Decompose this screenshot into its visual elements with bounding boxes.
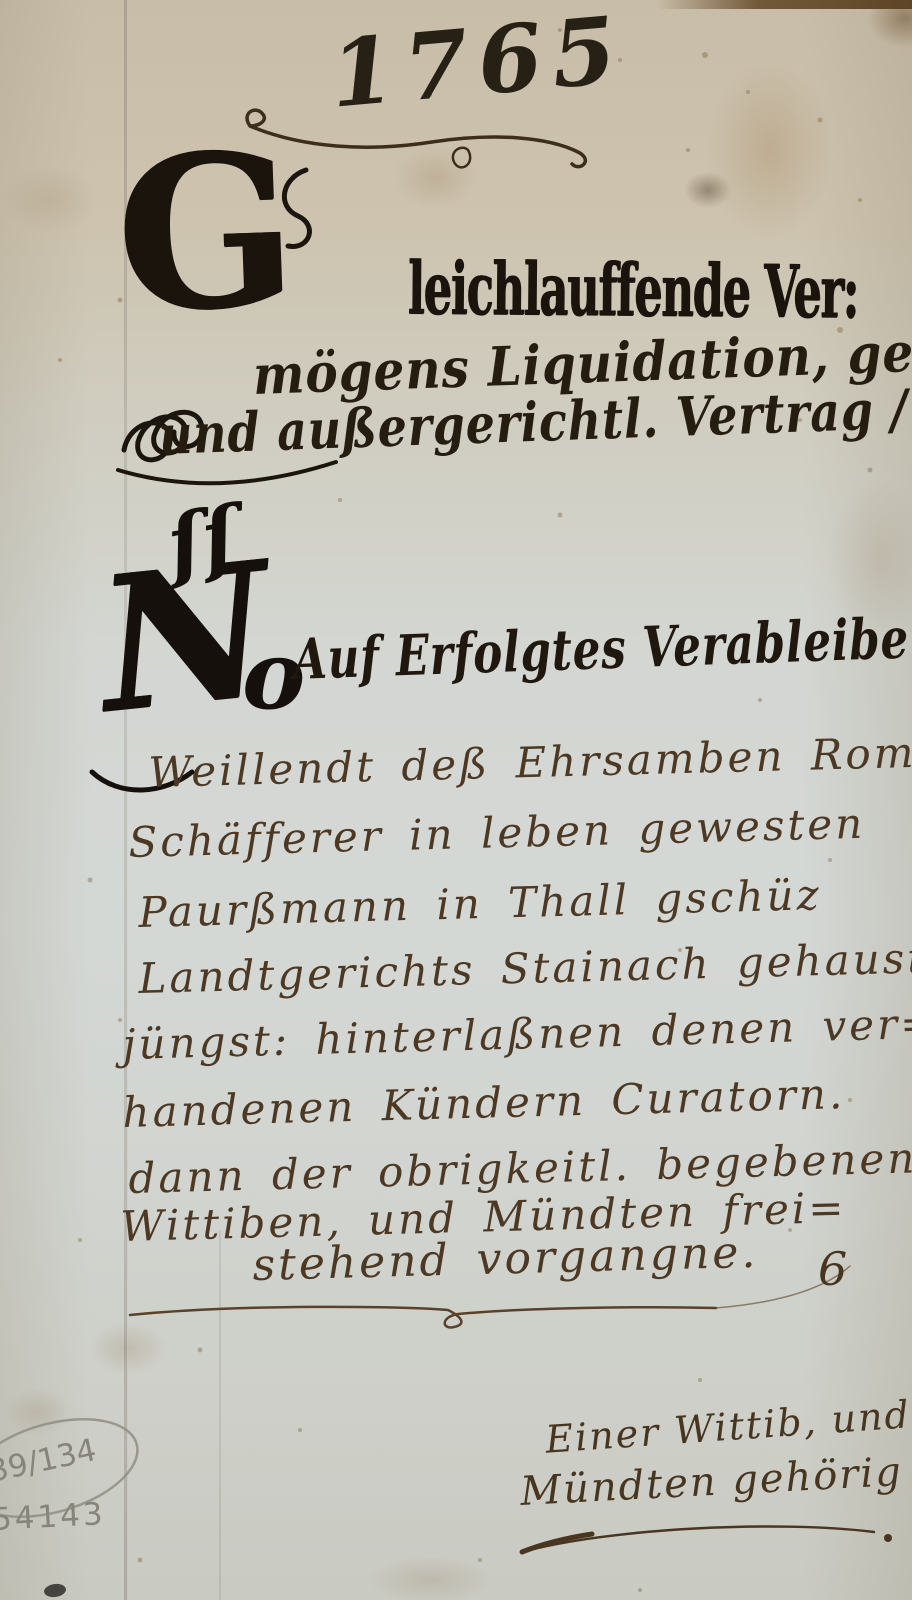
- body-line-1: Weillendt deß Ehrsamben Roman: [148, 730, 912, 794]
- manuscript-page: 1765 G leichlauffende Ver: mögens Liquid…: [0, 0, 912, 1600]
- catchword-ornament: 6: [818, 1246, 847, 1292]
- faint-crease: [219, 1230, 221, 1600]
- section-heading: Auf Erfolgtes Verableiben .: [292, 608, 912, 688]
- bottom-corner-smudge: [43, 1582, 67, 1599]
- body-line-6: handenen Kündern Curatorn.: [122, 1073, 846, 1134]
- pencil-shelf-number: 54143: [0, 1499, 106, 1536]
- section-drop-cap-flourish: ſſ: [162, 495, 244, 586]
- body-line-4: Landtgerichts Stainach gehaust: [138, 937, 912, 1000]
- year-heading: 1765: [327, 3, 630, 120]
- footer-note-line-2: Mündten gehörig: [519, 1452, 904, 1512]
- body-line-5: jüngst: hinterlaßnen denen ver=: [122, 1003, 912, 1066]
- body-line-2: Schäfferer in leben gewesten: [128, 803, 866, 864]
- title-line-1: leichlauffende Ver:: [407, 252, 858, 328]
- footer-note-line-1: Einer Wittib, und: [544, 1395, 912, 1458]
- pencil-oval-number: 39/134: [0, 1435, 99, 1488]
- footer-underline-flourish: [522, 1526, 892, 1552]
- body-line-9: stehend vorgangne.: [252, 1231, 759, 1288]
- title-drop-cap: G: [112, 125, 299, 341]
- photo-top-edge: [656, 0, 912, 9]
- body-line-3: Paurßmann in Thall gschüz: [138, 874, 822, 934]
